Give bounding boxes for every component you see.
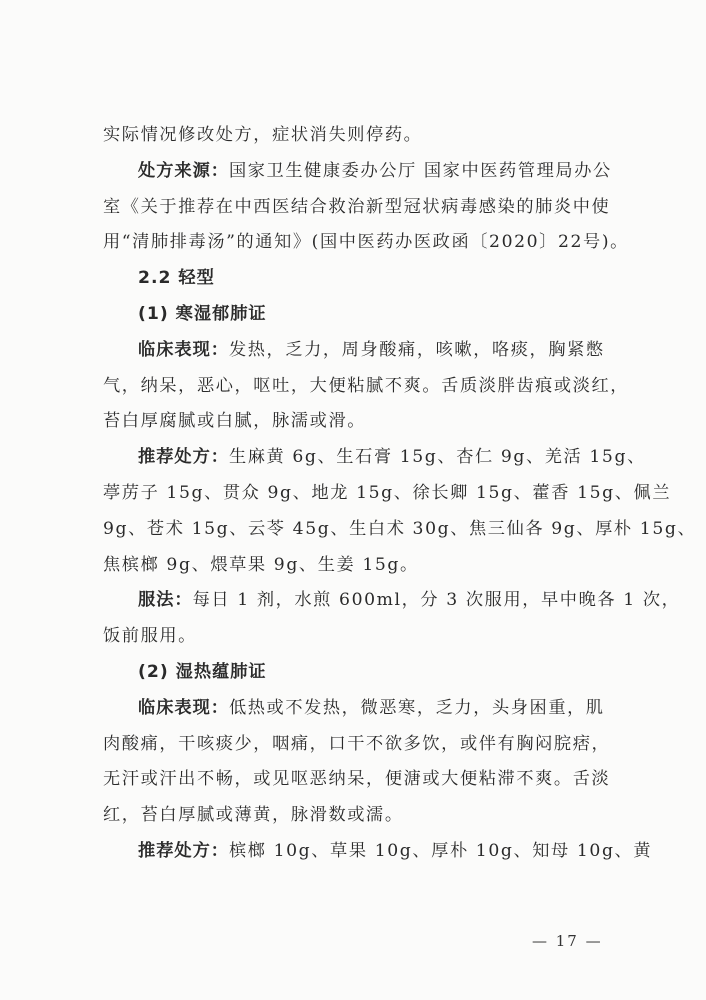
text-line: 焦槟榔 9g、煨草果 9g、生姜 15g。 — [103, 548, 603, 584]
text-line: 实际情况修改处方，症状消失则停药。 — [103, 125, 422, 145]
text-line: 室《关于推荐在中西医结合救治新型冠状病毒感染的肺炎中使 — [103, 190, 603, 226]
text-line: 葶苈子 15g、贯众 9g、地龙 15g、徐长卿 15g、藿香 15g、佩兰 — [103, 476, 603, 512]
dosage-line-1: 服法：每日 1 剂，水煎 600ml，分 3 次服用，早中晚各 1 次， — [103, 583, 603, 619]
document-page-body: 实际情况修改处方，症状消失则停药。 处方来源：国家卫生健康委办公厅 国家中医药管… — [103, 118, 603, 870]
text-line: 每日 1 剂，水煎 600ml，分 3 次服用，早中晚各 1 次， — [193, 590, 681, 610]
clinical-manifestation-line-1: 临床表现：低热或不发热，微恶寒，乏力，头身困重，肌 — [103, 691, 603, 727]
paragraph-continuation: 实际情况修改处方，症状消失则停药。 — [103, 118, 603, 154]
text-line: 9g、苍术 15g、云苓 45g、生白术 30g、焦三仙各 9g、厚朴 15g、 — [103, 512, 603, 548]
text-line: 用“清肺排毒汤”的通知》(国中医药办医政函〔2020〕22号)。 — [103, 225, 603, 261]
clinical-manifestation-line-1: 临床表现：发热，乏力，周身酸痛，咳嗽，咯痰，胸紧憋 — [103, 333, 603, 369]
label-recommended-prescription: 推荐处方： — [138, 447, 229, 467]
recommended-prescription-line-1: 推荐处方：槟榔 10g、草果 10g、厚朴 10g、知母 10g、黄 — [103, 834, 603, 870]
prescription-source-line-1: 处方来源：国家卫生健康委办公厅 国家中医药管理局办公 — [103, 154, 603, 190]
text-line: 气，纳呆，恶心，呕吐，大便粘腻不爽。舌质淡胖齿痕或淡红， — [103, 369, 603, 405]
text-line: 低热或不发热，微恶寒，乏力，头身困重，肌 — [229, 698, 605, 718]
label-clinical-manifestation: 临床表现： — [138, 340, 229, 360]
text-line: 槟榔 10g、草果 10g、厚朴 10g、知母 10g、黄 — [229, 841, 652, 861]
text-line: 肉酸痛，干咳痰少，咽痛，口干不欲多饮，或伴有胸闷脘痞， — [103, 727, 603, 763]
label-clinical-manifestation: 临床表现： — [138, 698, 229, 718]
label-dosage: 服法： — [138, 590, 193, 610]
text-line: 国家卫生健康委办公厅 国家中医药管理局办公 — [229, 161, 612, 181]
text-line: 饭前服用。 — [103, 619, 603, 655]
section-heading-mild-type: 2.2 轻型 — [103, 261, 603, 297]
page-number: — 17 — — [532, 932, 603, 950]
text-line: 苔白厚腐腻或白腻，脉濡或滑。 — [103, 404, 603, 440]
label-prescription-source: 处方来源： — [138, 161, 229, 181]
text-line: 红，苔白厚腻或薄黄，脉滑数或濡。 — [103, 798, 603, 834]
label-recommended-prescription: 推荐处方： — [138, 841, 229, 861]
recommended-prescription-line-1: 推荐处方：生麻黄 6g、生石膏 15g、杏仁 9g、羌活 15g、 — [103, 440, 603, 476]
text-line: 无汗或汗出不畅，或见呕恶纳呆，便溏或大便粘滞不爽。舌淡 — [103, 762, 603, 798]
text-line: 生麻黄 6g、生石膏 15g、杏仁 9g、羌活 15g、 — [229, 447, 646, 467]
subsection-heading-cold-damp: (1) 寒湿郁肺证 — [103, 297, 603, 333]
subsection-heading-damp-heat: (2) 湿热蕴肺证 — [103, 655, 603, 691]
text-line: 发热，乏力，周身酸痛，咳嗽，咯痰，胸紧憋 — [229, 340, 605, 360]
